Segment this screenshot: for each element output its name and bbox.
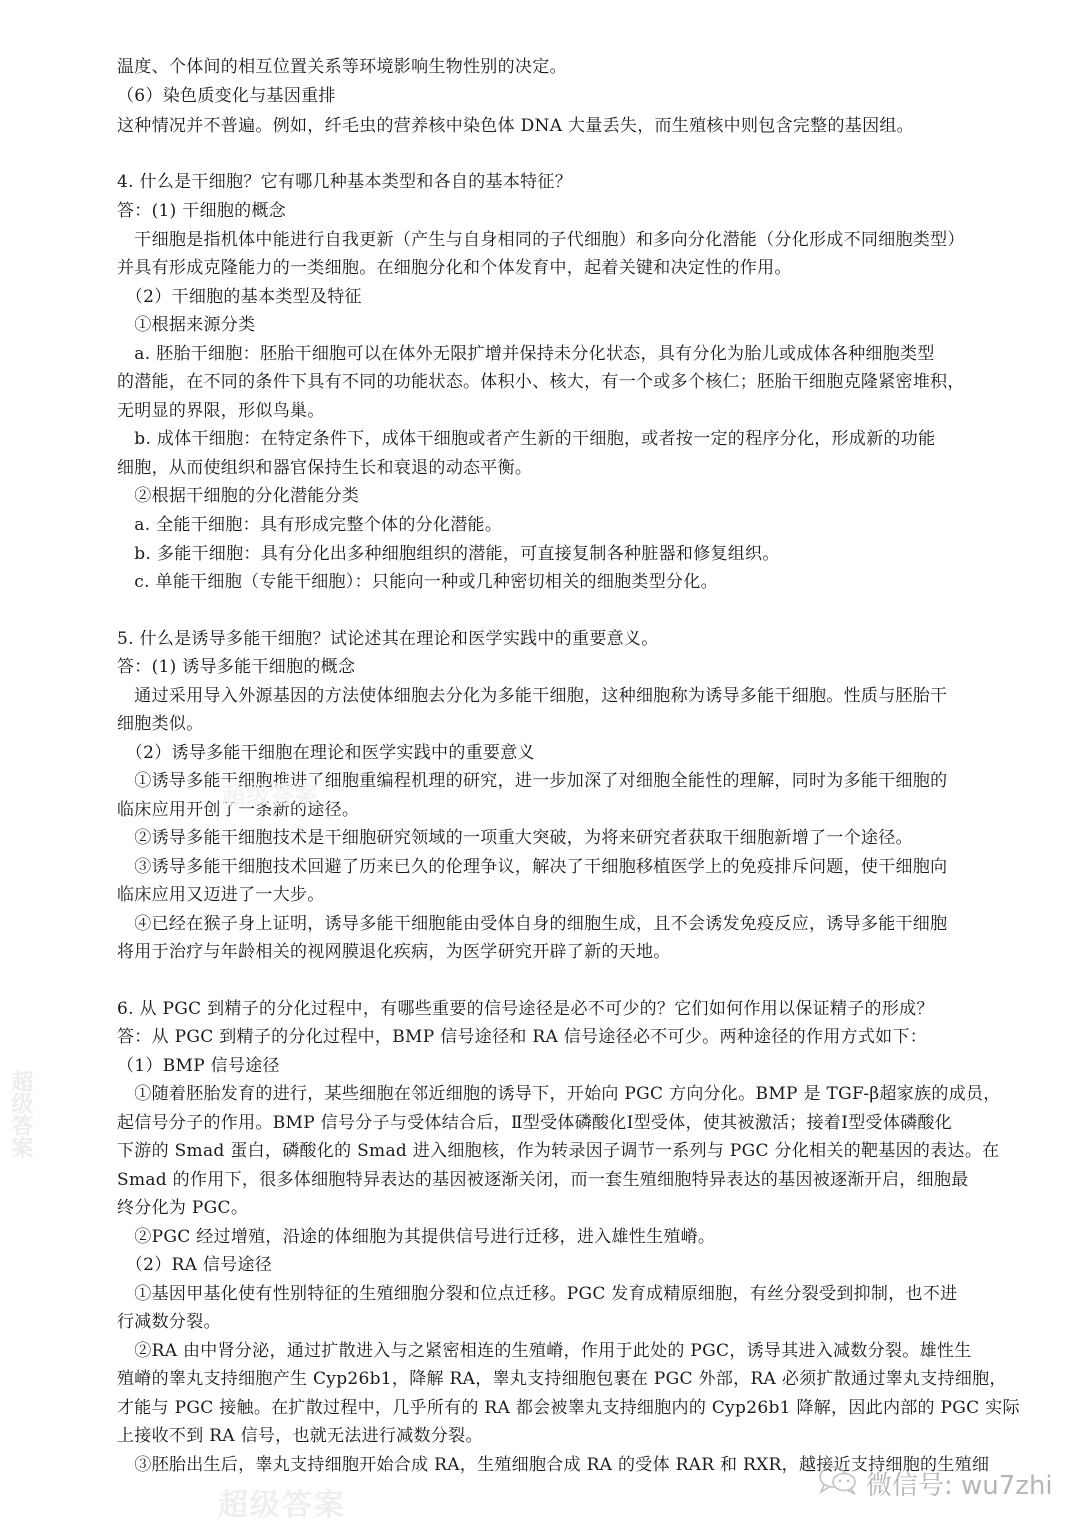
text-line: 6. 从 PGC 到精子的分化过程中，有哪些重要的信号途径是必不可少的？它们如何… — [117, 998, 1007, 1020]
text-line: ②PGC 经过增殖，沿途的体细胞为其提供信号进行迁移，进入雄性生殖嵴。 — [117, 1226, 1007, 1248]
text-line: 并具有形成克隆能力的一类细胞。在细胞分化和个体发育中，起着关键和决定性的作用。 — [117, 257, 1007, 279]
text-line: ③诱导多能干细胞技术回避了历来已久的伦理争议，解决了干细胞移植医学上的免疫排斥问… — [117, 856, 1007, 878]
text-line: 这种情况并不普遍。例如，纤毛虫的营养核中染色体 DNA 大量丢失，而生殖核中则包… — [117, 115, 1007, 137]
text-line: 通过采用导入外源基因的方法使体细胞去分化为多能干细胞，这种细胞称为诱导多能干细胞… — [117, 685, 1007, 707]
text-line: ①基因甲基化使有性别特征的生殖细胞分裂和位点迁移。PGC 发育成精原细胞，有丝分… — [117, 1283, 1007, 1305]
text-line: b. 成体干细胞：在特定条件下，成体干细胞或者产生新的干细胞，或者按一定的程序分… — [117, 428, 1007, 450]
text-line: 将用于治疗与年龄相关的视网膜退化疾病，为医学研究开辟了新的天地。 — [117, 941, 1007, 963]
text-line: 干细胞是指机体中能进行自我更新（产生与自身相同的子代细胞）和多向分化潜能（分化形… — [117, 229, 1007, 251]
text-line: 的潜能，在不同的条件下具有不同的功能状态。体积小、核大，有一个或多个核仁；胚胎干… — [117, 371, 1007, 393]
text-line: ②根据干细胞的分化潜能分类 — [117, 485, 1007, 507]
text-line: ④已经在猴子身上证明，诱导多能干细胞能由受体自身的细胞生成，且不会诱发免疫反应，… — [117, 913, 1007, 935]
text-line: 细胞类似。 — [117, 713, 1007, 735]
text-line: ②诱导多能干细胞技术是干细胞研究领域的一项重大突破，为将来研究者获取干细胞新增了… — [117, 827, 1007, 849]
wechat-id-label: 微信号: wu7zhi — [866, 1465, 1053, 1502]
text-line: 终分化为 PGC。 — [117, 1197, 1007, 1219]
text-line: （1）BMP 信号途径 — [117, 1055, 1007, 1077]
text-line: 温度、个体间的相互位置关系等环境影响生物性别的决定。 — [117, 56, 1007, 78]
text-line: 答：(1) 诱导多能干细胞的概念 — [117, 656, 1007, 678]
text-line: b. 多能干细胞：具有分化出多种细胞组织的潜能，可直接复制各种脏器和修复组织。 — [117, 543, 1007, 565]
text-line: （2）诱导多能干细胞在理论和医学实践中的重要意义 — [117, 742, 1007, 764]
watermark-left: 超级答案 — [6, 1070, 32, 1158]
text-line: （2）干细胞的基本类型及特征 — [117, 286, 1007, 308]
watermark-mid: 超级答案 — [222, 775, 318, 810]
text-line: 起信号分子的作用。BMP 信号分子与受体结合后，Ⅱ型受体磷酸化Ⅰ型受体，使其被激… — [117, 1112, 1007, 1134]
text-line: 无明显的界限，形似鸟巢。 — [117, 400, 1007, 422]
text-line: 行减数分裂。 — [117, 1311, 1007, 1333]
text-line: c. 单能干细胞（专能干细胞）：只能向一种或几种密切相关的细胞类型分化。 — [117, 571, 1007, 593]
text-line: Smad 的作用下，很多体细胞特异表达的基因被逐渐关闭，而一套生殖细胞特异表达的… — [117, 1169, 1007, 1191]
text-line: 才能与 PGC 接触。在扩散过程中，几乎所有的 RA 都会被睾丸支持细胞内的 C… — [117, 1397, 1007, 1419]
text-line: 答：(1) 干细胞的概念 — [117, 200, 1007, 222]
text-line: 殖嵴的睾丸支持细胞产生 Cyp26b1，降解 RA，睾丸支持细胞包裹在 PGC … — [117, 1368, 1007, 1390]
text-line: ②RA 由中肾分泌，通过扩散进入与之紧密相连的生殖嵴，作用于此处的 PGC，诱导… — [117, 1340, 1007, 1362]
text-line: （6）染色质变化与基因重排 — [117, 85, 1007, 107]
wechat-icon — [818, 1463, 866, 1504]
text-line: a. 全能干细胞：具有形成完整个体的分化潜能。 — [117, 514, 1007, 536]
text-line: ①随着胚胎发育的进行，某些细胞在邻近细胞的诱导下，开始向 PGC 方向分化。BM… — [117, 1083, 1007, 1105]
text-line: 下游的 Smad 蛋白，磷酸化的 Smad 进入细胞核，作为转录因子调节一系列与… — [117, 1140, 1007, 1162]
text-line: 5. 什么是诱导多能干细胞？试论述其在理论和医学实践中的重要意义。 — [117, 628, 1007, 650]
text-line: a. 胚胎干细胞：胚胎干细胞可以在体外无限扩增并保持未分化状态，具有分化为胎儿或… — [117, 343, 1007, 365]
watermark-bottom: 超级答案 — [218, 1480, 346, 1524]
document-page: 温度、个体间的相互位置关系等环境影响生物性别的决定。（6）染色质变化与基因重排这… — [0, 0, 1080, 1528]
text-line: （2）RA 信号途径 — [117, 1254, 1007, 1276]
text-line: 上接收不到 RA 信号，也就无法进行减数分裂。 — [117, 1425, 1007, 1447]
text-line: 细胞，从而使组织和器官保持生长和衰退的动态平衡。 — [117, 457, 1007, 479]
text-line: ①根据来源分类 — [117, 314, 1007, 336]
wechat-watermark: 微信号: wu7zhi — [818, 1463, 1053, 1504]
text-line: 临床应用又迈进了一大步。 — [117, 884, 1007, 906]
text-line: 答：从 PGC 到精子的分化过程中，BMP 信号途径和 RA 信号途径必不可少。… — [117, 1026, 1007, 1048]
text-line: 4. 什么是干细胞？它有哪几种基本类型和各自的基本特征？ — [117, 171, 1007, 193]
